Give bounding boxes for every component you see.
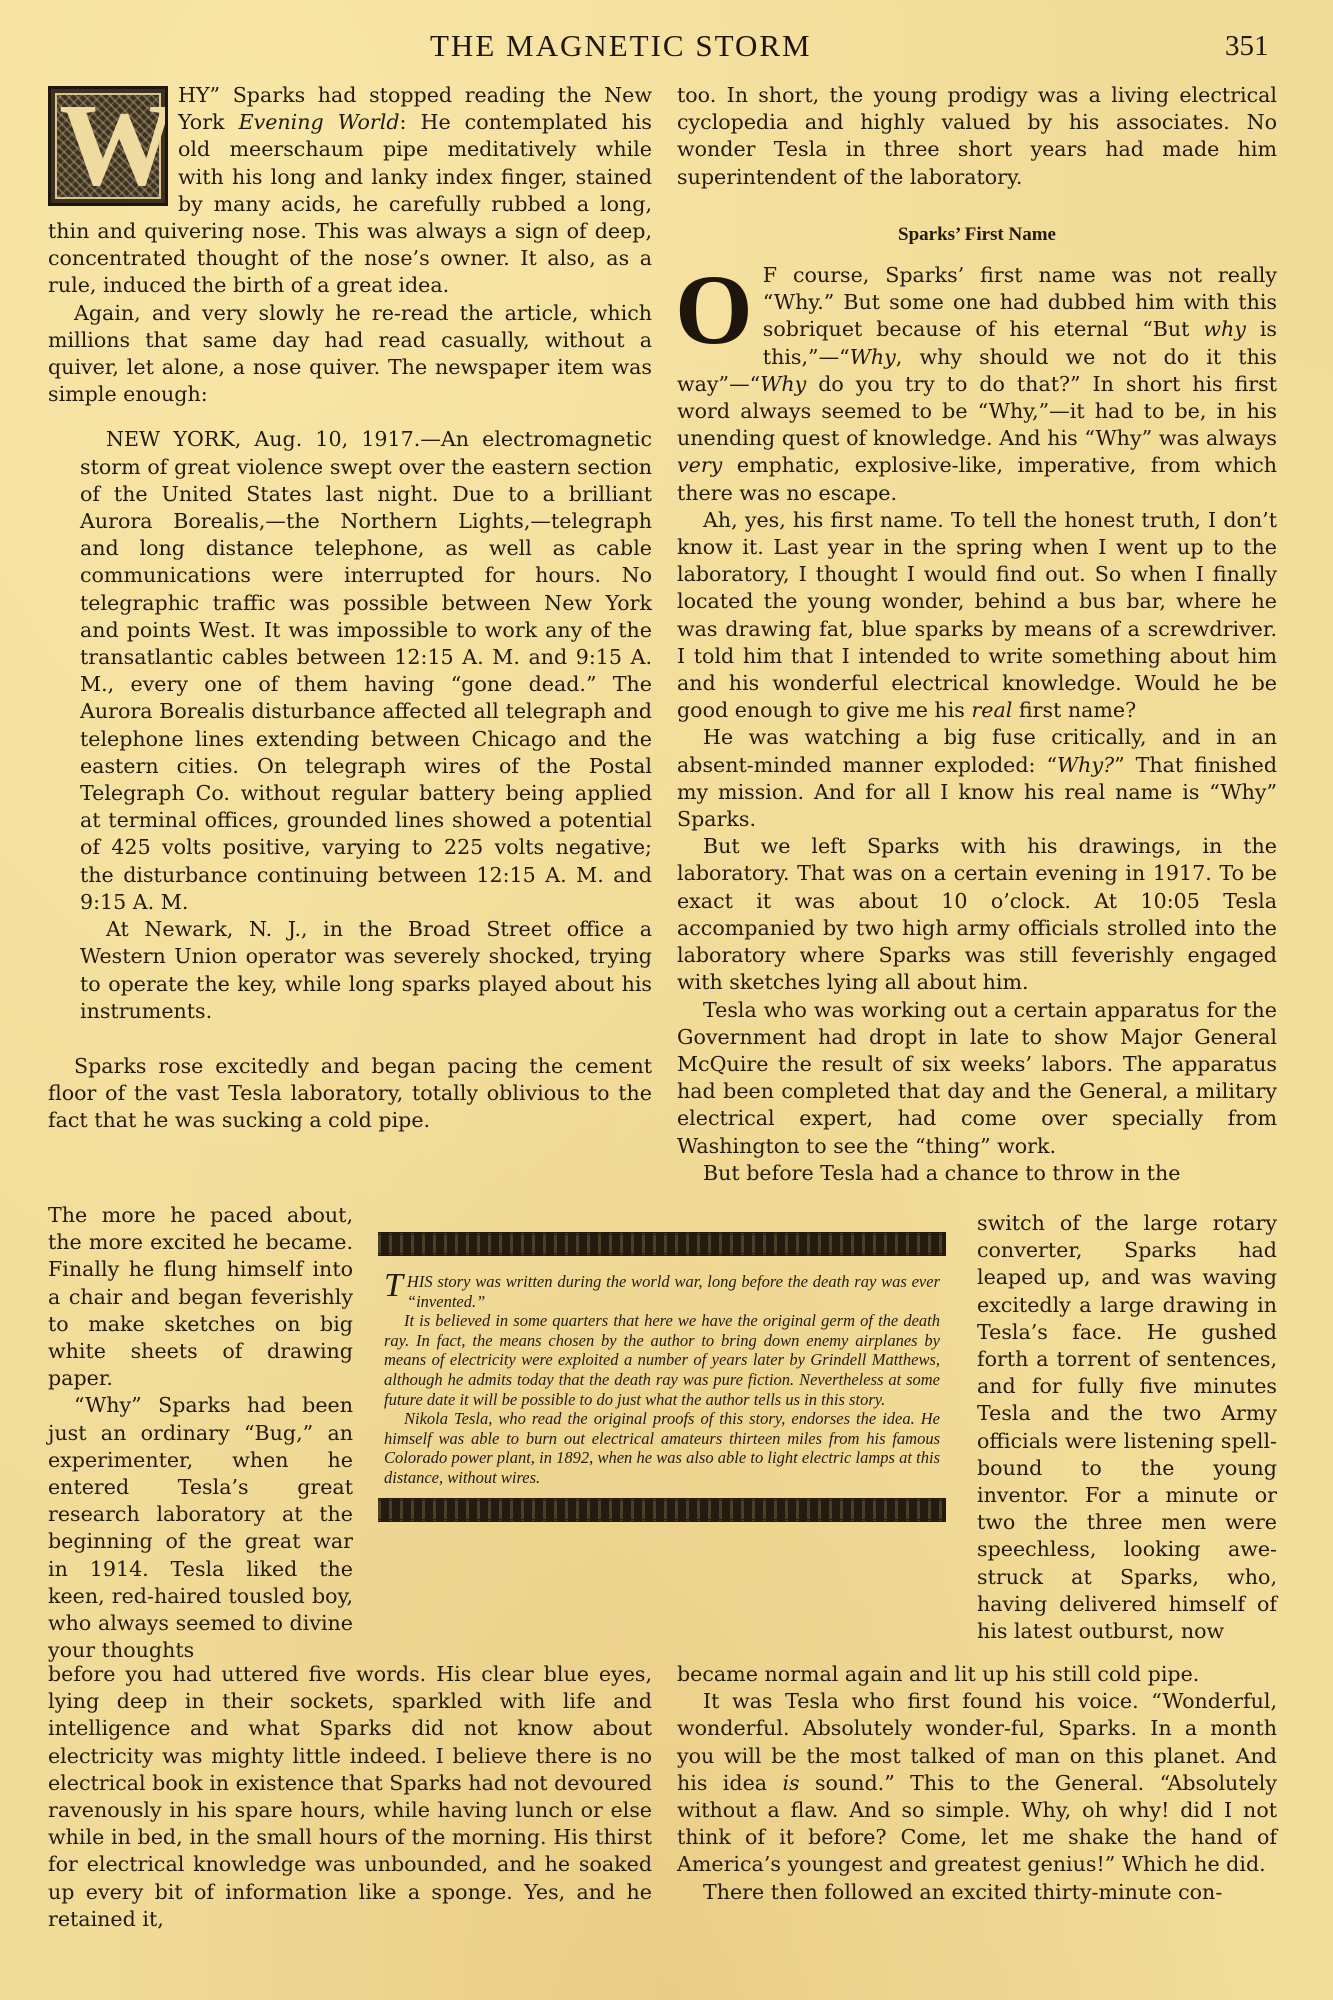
paragraph: Again, and very slowly he re-read the ar… <box>48 300 652 409</box>
paragraph: It was Tesla who first found his voice. … <box>677 1688 1277 1878</box>
quote-paragraph: NEW YORK, Aug. 10, 1917.—An electromagne… <box>80 426 652 916</box>
editor-note-text: THIS story was written during the world … <box>378 1256 946 1498</box>
opening-paragraph: WHY” Sparks had stopped reading the New … <box>48 82 652 300</box>
paragraph: The more he paced about, the more excite… <box>48 1202 353 1392</box>
left-bottom-column: before you had uttered five words. His c… <box>48 1661 652 1933</box>
right-bottom-column: became normal again and lit up his still… <box>677 1661 1277 1906</box>
paragraph: too. In short, the young prodigy was a l… <box>677 82 1277 191</box>
left-narrow-column: The more he paced about, the more excite… <box>48 1202 353 1664</box>
paragraph: switch of the large rotary converter, Sp… <box>977 1210 1277 1645</box>
newspaper-title: Evening World <box>239 110 400 134</box>
right-narrow-column: switch of the large rotary converter, Sp… <box>977 1210 1277 1645</box>
decorative-band-bottom <box>378 1498 946 1522</box>
note-paragraph: Nikola Tesla, who read the original proo… <box>384 1409 940 1487</box>
paragraph: became normal again and lit up his still… <box>677 1661 1277 1688</box>
ornamental-dropcap-w: W <box>48 86 168 206</box>
paragraph: But we left Sparks with his drawings, in… <box>677 833 1277 996</box>
right-column: too. In short, the young prodigy was a l… <box>677 82 1277 1187</box>
editor-note-box: THIS story was written during the world … <box>378 1232 946 1642</box>
page-number: 351 <box>1225 30 1269 63</box>
note-paragraph: It is believed in some quarters that her… <box>384 1311 940 1409</box>
decorative-band-top <box>378 1232 946 1256</box>
magazine-page: THE MAGNETIC STORM 351 WHY” Sparks had s… <box>0 0 1333 2000</box>
note-dropcap: T <box>384 1276 403 1296</box>
paragraph: But before Tesla had a chance to throw i… <box>677 1160 1277 1187</box>
paragraph: He was watching a big fuse critically, a… <box>677 724 1277 833</box>
paragraph: before you had uttered five words. His c… <box>48 1661 652 1933</box>
paragraph: Ah, yes, his first name. To tell the hon… <box>677 507 1277 725</box>
left-column: WHY” Sparks had stopped reading the New … <box>48 82 652 1135</box>
paragraph: Sparks rose excitedly and began pacing t… <box>48 1053 652 1135</box>
quote-paragraph: At Newark, N. J., in the Broad Street of… <box>80 916 652 1025</box>
paragraph: “Why” Sparks had been just an ordinary “… <box>48 1392 353 1664</box>
note-paragraph: THIS story was written during the world … <box>384 1272 940 1311</box>
running-title: THE MAGNETIC STORM <box>430 28 812 64</box>
section-heading: Sparks’ First Name <box>677 221 1277 248</box>
page-header: THE MAGNETIC STORM 351 <box>0 28 1333 72</box>
paragraph: Tesla who was working out a certain appa… <box>677 997 1277 1160</box>
dropcap-o: O <box>675 268 753 352</box>
paragraph: There then followed an excited thirty-mi… <box>677 1879 1277 1906</box>
section-opening-paragraph: OF course, Sparks’ first name was not re… <box>677 262 1277 507</box>
newspaper-quote: NEW YORK, Aug. 10, 1917.—An electromagne… <box>48 426 652 1024</box>
